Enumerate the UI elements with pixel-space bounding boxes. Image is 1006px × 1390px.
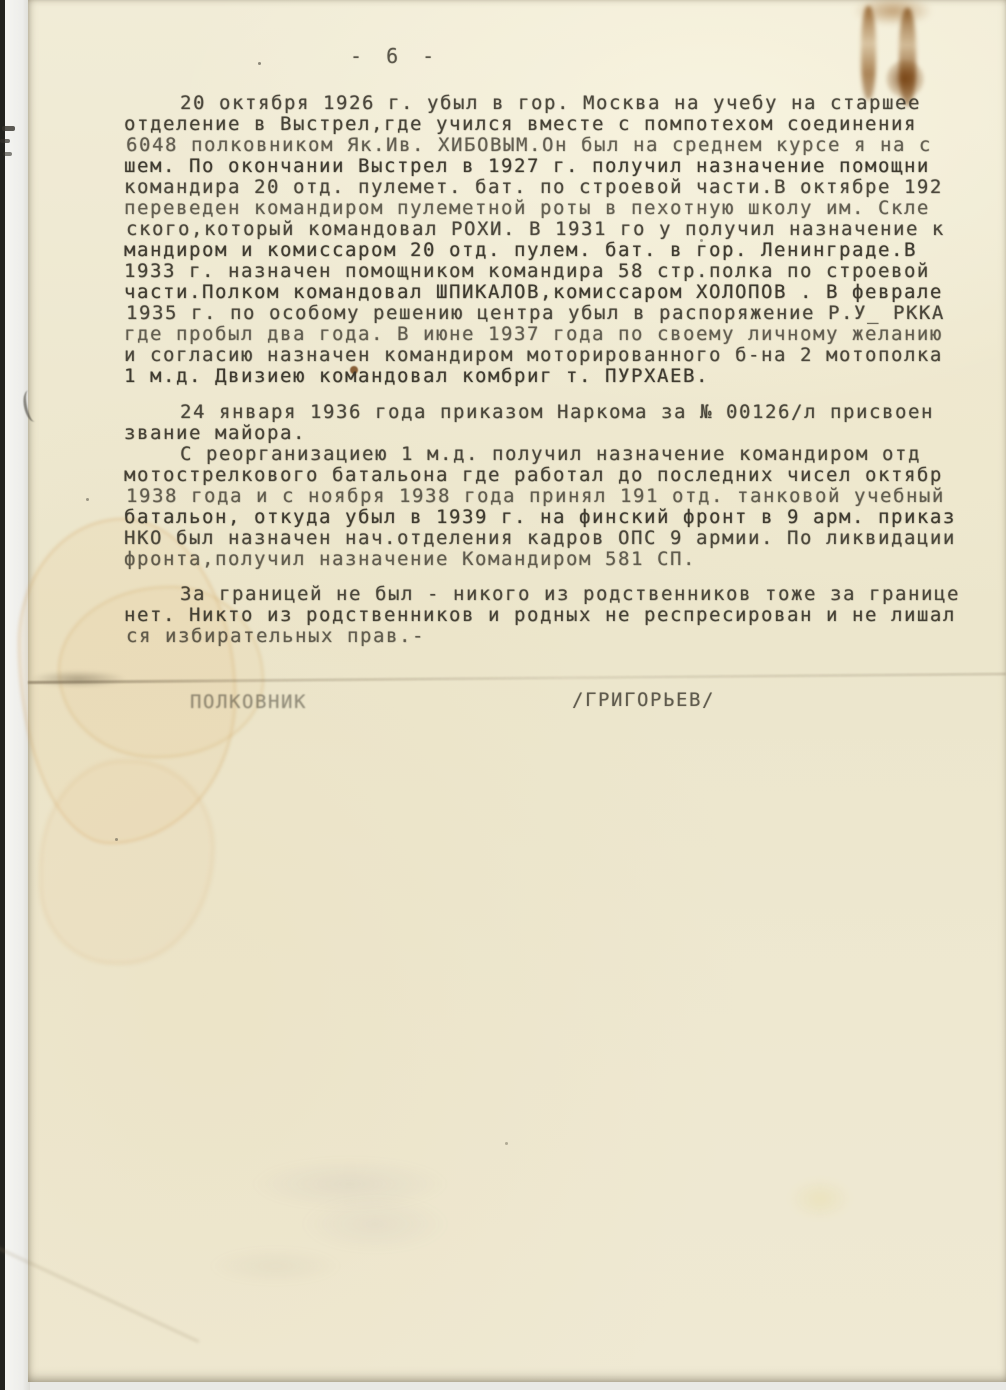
text-line: командира 20 отд. пулемет. бат. по строе… [124,177,1006,198]
text-line: звание майора. [124,423,1006,444]
text-line: За границей не был - никого из родственн… [124,584,1006,605]
paragraph: 24 января 1936 года приказом Наркома за … [124,402,1006,444]
signature-rank: ПОЛКОВНИК [190,691,307,713]
text-line: 1935 г. по особому решению центра убыл в… [126,303,1006,324]
text-line: части.Полком командовал ШПИКАЛОВ,комисса… [124,282,1006,303]
typewritten-content: - 6 - 20 октября 1926 г. убыл в гор. Мос… [0,0,1006,1390]
document-body: 20 октября 1926 г. убыл в гор. Москва на… [124,93,1006,647]
text-line: 1 м.д. Двизиею командовал комбриг т. ПУР… [124,366,1006,387]
text-line: 24 января 1936 года приказом Наркома за … [124,402,1006,423]
paragraph: За границей не был - никого из родственн… [124,584,1006,647]
text-line: С реорганизациею 1 м.д. получил назначен… [124,444,1006,465]
text-line: отделение в Выстрел,где учился вместе с … [124,114,1006,135]
text-line: 1933 г. назначен помощником командира 58… [124,261,1006,282]
text-line: где пробыл два года. В июне 1937 года по… [124,324,1006,345]
text-line: шем. По окончании Выстрел в 1927 г. полу… [124,156,1006,177]
text-line: батальон, откуда убыл в 1939 г. на финск… [124,507,1006,528]
signature-name: /ГРИГОРЬЕВ/ [572,689,715,711]
text-line: ся избирательных прав.- [126,626,1006,647]
text-line: НКО был назначен нач.отделения кадров ОП… [124,528,1006,549]
text-line: мотострелкового батальона где работал до… [124,465,1006,486]
paragraph: 20 октября 1926 г. убыл в гор. Москва на… [124,93,1006,387]
paragraph: С реорганизациею 1 м.д. получил назначен… [124,444,1006,570]
text-line: 1938 года и с ноября 1938 года принял 19… [126,486,1006,507]
text-line: 6048 полковником Як.Ив. ХИБОВЫМ.Он был н… [126,135,1006,156]
text-line: нет. Никто из родственников и родных не … [124,605,1006,626]
text-line: мандиром и комиссаром 20 отд. пулем. бат… [124,240,1006,261]
text-line: фронта,получил назначение Командиром 581… [124,549,1006,570]
scanned-document-page: - 6 - 20 октября 1926 г. убыл в гор. Мос… [0,0,1006,1390]
text-line: и согласию назначен командиром моториров… [124,345,1006,366]
text-line: 20 октября 1926 г. убыл в гор. Москва на… [124,93,1006,114]
text-line: ского,который командовал РОХИ. В 1931 го… [126,219,1006,240]
text-line: переведен командиром пулеметной роты в п… [124,198,1006,219]
page-number: - 6 - [350,44,440,68]
